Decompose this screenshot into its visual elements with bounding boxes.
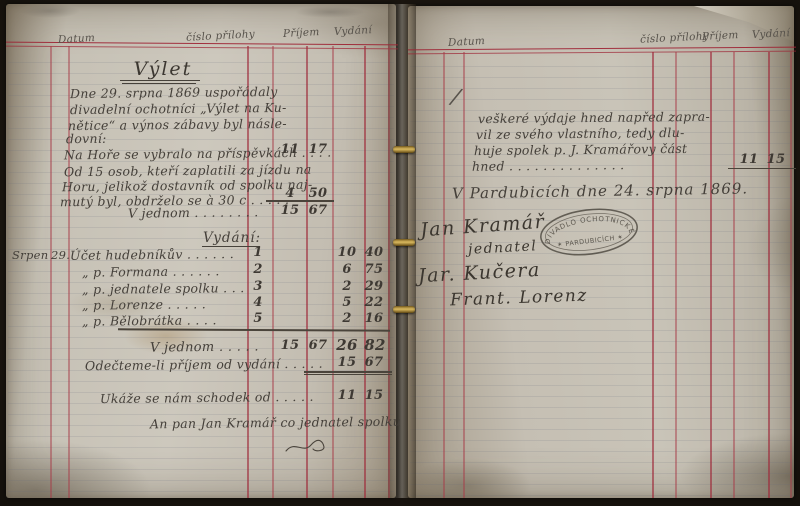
expense-doc-number: 2 [248,262,268,277]
intro-line: dovní: [66,131,107,146]
ledger-photo: Datum číslo přílohy Příjem Vydání Výlet … [0,0,800,506]
title-underline [122,83,196,84]
expense-amount-kr: 40 [362,245,386,260]
expense-amount-zl: 10 [333,245,361,260]
note-line: huje spolek p. J. Kramářovy část [474,141,687,158]
expense-amount-kr: 22 [362,295,386,310]
date-day: 29. [51,248,70,262]
column-rule [710,52,712,498]
vydani-header-right: Vydání [752,27,791,41]
expenses-total-vydani-zl: 26 [333,336,361,354]
expense-amount-zl: 5 [333,295,361,310]
column-rule [790,52,792,498]
expense-amount-zl: 2 [333,279,361,294]
income-amount-kr: 17 [306,142,330,157]
deficit-kr: 15 [362,388,386,403]
stamp-center-text: ✶ PARDUBICÍCH ✶ [556,232,623,249]
deduction-underline [304,371,392,373]
intro-line: Dne 29. srpna 1869 uspořádaly [70,84,278,101]
note-line: veškeré výdaje hned napřed zapra- [478,109,710,126]
expense-doc-number: 3 [248,279,268,294]
expense-doc-number: 5 [248,311,268,326]
expenses-heading: Vydání: [203,230,261,246]
expense-item-label: Účet hudebníkův . . . . . . [70,246,234,263]
column-rule [733,52,735,498]
pen-flourish [283,438,327,456]
column-rule [768,52,770,498]
binding-thread [393,306,415,313]
expense-item-label: „ p. Lorenze . . . . . [82,296,206,312]
income-sum-line [266,200,334,202]
title-underline [120,80,200,81]
footer-note: An pan Jan Kramář co jednatel spolku [150,414,401,432]
deduction-underline [304,374,392,375]
note-line: hned . . . . . . . . . . . . . . [472,157,625,174]
datum-header-left: Datum [58,32,96,46]
income-total-kr: 67 [306,203,330,218]
note-amount-zl: 11 [734,152,764,167]
expense-amount-zl: 2 [333,311,361,326]
note-line: vil ze svého vlastního, tedy dlu- [476,125,685,142]
note-amount-kr: 15 [764,152,788,167]
expenses-total-label: V jednom . . . . . [150,339,259,355]
prijem-header-left: Příjem [283,26,320,40]
prijem-header-right: Příjem [702,29,739,43]
intro-line: divadelní ochotníci „Výlet na Ku- [70,100,287,117]
expense-amount-kr: 29 [362,279,386,294]
deficit-label: Ukáže se nám schodek od . . . . . [100,389,314,406]
vydani-header-left: Vydání [334,24,373,38]
binding-thread [393,239,415,246]
expense-doc-number: 4 [248,295,268,310]
income-amount-zl: 11 [276,142,304,157]
expense-amount-zl: 6 [333,262,361,277]
binding-thread [393,146,415,153]
entry-title: Výlet [118,58,208,80]
ink-smudge [20,4,80,18]
expense-item-label: „ p. Formana . . . . . . [82,263,220,279]
income-total-zl: 15 [276,203,304,218]
expenses-total-vydani-kr: 82 [362,336,388,354]
deficit-zl: 11 [333,388,361,403]
income-amount-zl: 4 [276,186,304,201]
column-rule [388,46,390,498]
income-amount-kr: 50 [306,186,330,201]
deduction-label: Odečteme-li příjem od vydání . . . . . [85,356,323,373]
column-rule [306,46,308,498]
column-rule [50,46,52,498]
income-total-label: V jednom . . . . . . . . [128,204,259,220]
expense-amount-kr: 75 [362,262,386,277]
expenses-total-prijem-zl: 15 [276,338,304,353]
expense-amount-kr: 16 [362,311,386,326]
expense-item-label: „ p. jednatele spolku . . . [82,280,245,297]
datum-header-right: Datum [448,35,486,49]
deduction-zl: 15 [333,355,361,370]
expenses-total-prijem-kr: 67 [306,338,330,353]
note-amount-underline [728,168,796,169]
ink-smudge [295,6,365,18]
deduction-kr: 67 [362,355,386,370]
date-month: Srpen [12,248,48,262]
expense-doc-number: 1 [248,245,268,260]
expense-item-label: „ p. Bělobrátka . . . . [82,312,217,328]
